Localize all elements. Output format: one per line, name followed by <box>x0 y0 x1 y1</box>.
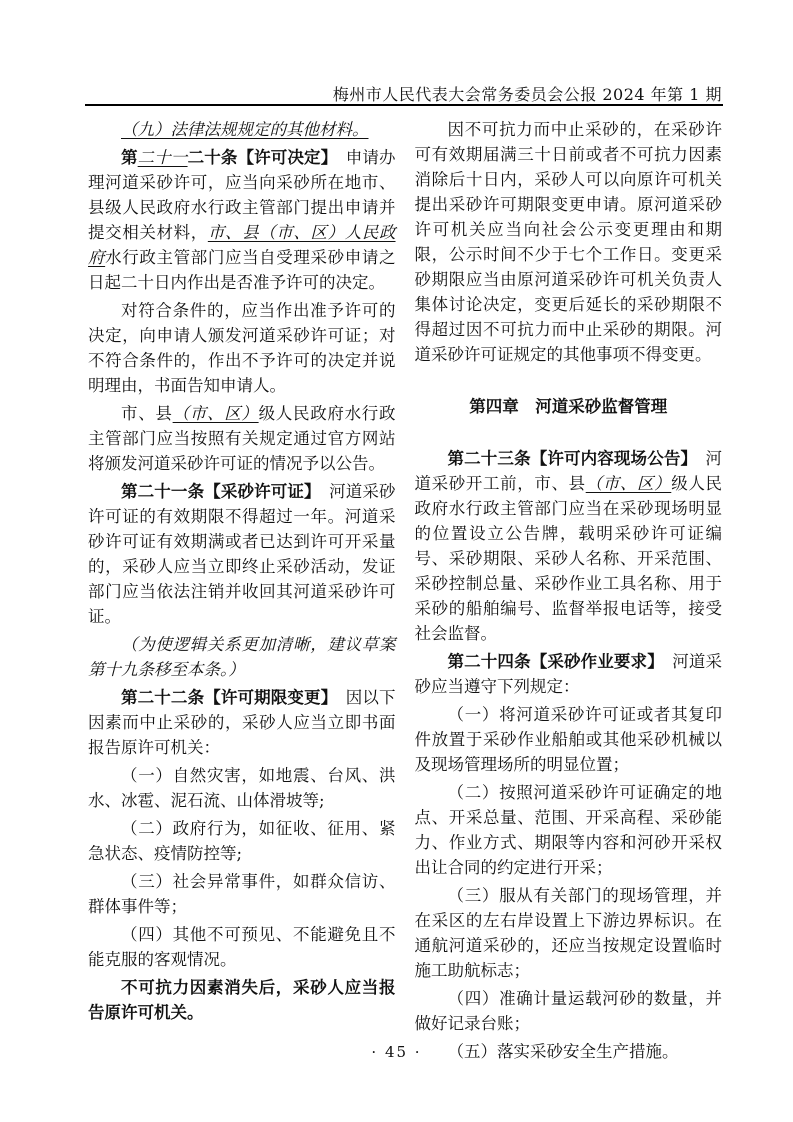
text-run: 第四章 河道采砂监督管理 <box>469 397 667 416</box>
paragraph: （四）其他不可预见、不能避免且不能克服的客观情况。 <box>88 922 396 972</box>
text-run: （三）社会异常事件，如群众信访、群体事件等； <box>88 872 396 916</box>
paragraph: （三）社会异常事件，如群众信访、群体事件等； <box>88 869 396 919</box>
text-run: 市、县 <box>121 404 173 423</box>
text-run: 二十条【许可决定】 <box>188 148 330 167</box>
paragraph: 第二十二条【许可期限变更】 因以下因素而中止采砂的，采砂人应当立即书面报告原许可… <box>88 685 396 760</box>
page-header: 梅州市人民代表大会常务委员会公报 2024 年第 1 期 <box>88 82 722 105</box>
header-title: 梅州市人民代表大会常务委员会公报 2024 年第 1 期 <box>333 85 722 104</box>
text-run: 第二十三条【许可内容现场公告】 <box>448 449 689 468</box>
paragraph: 第二十四条【采砂作业要求】 河道采砂应当遵守下列规定： <box>415 649 723 699</box>
left-column: （九）法律法规规定的其他材料。第二十一二十条【许可决定】 申请办理河道采砂许可，… <box>88 117 396 1067</box>
text-run: 第二十一条【采砂许可证】 <box>121 482 312 501</box>
text-run: （一）将河道采砂许可证或者其复印件放置于采砂作业船舶或其他采砂机械以及现场管理场… <box>415 705 723 774</box>
text-run: 水行政主管部门应当自受理采砂申请之日起二十日内作出是否准予许可的决定。 <box>88 248 396 292</box>
chapter-heading: 第四章 河道采砂监督管理 <box>415 394 723 419</box>
text-columns: （九）法律法规规定的其他材料。第二十一二十条【许可决定】 申请办理河道采砂许可，… <box>88 117 722 1067</box>
text-run: 第 <box>121 148 138 167</box>
paragraph: （一）自然灾害，如地震、台风、洪水、冰雹、泥石流、山体滑坡等; <box>88 763 396 813</box>
text-run: （为使逻辑关系更加清晰，建议草案第十九条移至本条。） <box>88 635 396 679</box>
text-run: （一）自然灾害，如地震、台风、洪水、冰雹、泥石流、山体滑坡等; <box>88 766 396 810</box>
text-run: （四）其他不可预见、不能避免且不能克服的客观情况。 <box>88 925 396 969</box>
paragraph: 对符合条件的，应当作出准予许可的决定，向申请人颁发河道采砂许可证；对不符合条件的… <box>88 298 396 398</box>
paragraph: 第二十一二十条【许可决定】 申请办理河道采砂许可，应当向采砂所在地市、县级人民政… <box>88 145 396 295</box>
text-run: 二十一 <box>138 148 188 167</box>
page-number: · 45 · <box>371 1043 421 1061</box>
paragraph: （三）服从有关部门的现场管理，并在采区的左右岸设置上下游边界标识。在通航河道采砂… <box>415 883 723 983</box>
text-run: 因不可抗力而中止采砂的，在采砂许可有效期届满三十日前或者不可抗力因素消除后十日内… <box>415 120 723 364</box>
paragraph: 市、县（市、区）级人民政府水行政主管部门应当按照有关规定通过官方网站将颁发河道采… <box>88 401 396 476</box>
text-run: （二）按照河道采砂许可证确定的地点、开采总量、范围、开采高程、采砂能力、作业方式… <box>415 783 723 877</box>
paragraph: 不可抗力因素消失后，采砂人应当报告原许可机关。 <box>88 975 396 1025</box>
paragraph: （为使逻辑关系更加清晰，建议草案第十九条移至本条。） <box>88 632 396 682</box>
text-run: 对符合条件的，应当作出准予许可的决定，向申请人颁发河道采砂许可证；对不符合条件的… <box>88 301 396 395</box>
gazette-page: 梅州市人民代表大会常务委员会公报 2024 年第 1 期 （九）法律法规规定的其… <box>0 0 793 1122</box>
text-run: 河道采砂许可证的有效期限不得超过一年。河道采砂许可证有效期满或者已达到许可开采量… <box>88 482 396 626</box>
text-run: 不可抗力因素消失后，采砂人应当报告原许可机关。 <box>88 978 396 1022</box>
text-run: （二）政府行为，如征收、征用、紧急状态、疫情防控等; <box>88 819 396 863</box>
paragraph: （九）法律法规规定的其他材料。 <box>88 117 396 142</box>
paragraph: （二）政府行为，如征收、征用、紧急状态、疫情防控等; <box>88 816 396 866</box>
paragraph: 第二十一条【采砂许可证】 河道采砂许可证的有效期限不得超过一年。河道采砂许可证有… <box>88 479 396 629</box>
text-run: 第二十二条【许可期限变更】 <box>121 688 329 707</box>
paragraph: 第二十三条【许可内容现场公告】 河道采砂开工前，市、县（市、区）级人民政府水行政… <box>415 446 723 646</box>
right-column: 因不可抗力而中止采砂的，在采砂许可有效期届满三十日前或者不可抗力因素消除后十日内… <box>415 117 723 1067</box>
text-run: （三）服从有关部门的现场管理，并在采区的左右岸设置上下游边界标识。在通航河道采砂… <box>415 886 723 980</box>
paragraph: （二）按照河道采砂许可证确定的地点、开采总量、范围、开采高程、采砂能力、作业方式… <box>415 780 723 880</box>
text-run: （市、区） <box>586 474 672 493</box>
text-run: 第二十四条【采砂作业要求】 <box>448 652 656 671</box>
paragraph: 因不可抗力而中止采砂的，在采砂许可有效期届满三十日前或者不可抗力因素消除后十日内… <box>415 117 723 367</box>
header-rule <box>85 104 723 106</box>
text-run: （九）法律法规规定的其他材料。 <box>121 120 369 139</box>
paragraph: （一）将河道采砂许可证或者其复印件放置于采砂作业船舶或其他采砂机械以及现场管理场… <box>415 702 723 777</box>
text-run: （市、区） <box>173 404 259 423</box>
page-footer: · 45 · <box>0 1043 793 1061</box>
text-run: 级人民政府水行政主管部门应当在采砂现场明显的位置设立公告牌，载明采砂许可证编号、… <box>415 474 723 643</box>
paragraph: （四）准确计量运载河砂的数量，并做好记录台账； <box>415 986 723 1036</box>
text-run: （四）准确计量运载河砂的数量，并做好记录台账； <box>415 989 723 1033</box>
